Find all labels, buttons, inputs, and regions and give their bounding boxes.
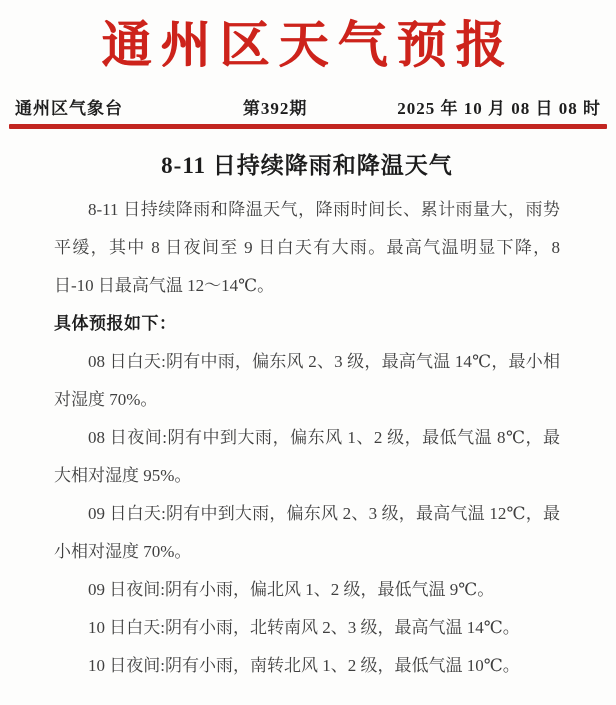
bulletin-title: 8-11 日持续降雨和降温天气 <box>54 151 560 181</box>
issue-number: 第392期 <box>213 94 308 119</box>
summary-paragraph: 8-11 日持续降雨和降温天气，降雨时间长、累计雨量大，雨势平缓，其中 8 日夜… <box>54 191 560 305</box>
detail-heading: 具体预报如下： <box>54 305 560 343</box>
red-divider-rule <box>9 124 607 129</box>
issuing-agency: 通州区气象台 <box>15 94 123 119</box>
forecast-09-night: 09 日夜间:阴有小雨，偏北风 1、2 级，最低气温 9℃。 <box>54 571 560 609</box>
forecast-09-day: 09 日白天:阴有中到大雨，偏东风 2、3 级，最高气温 12℃，最小相对湿度 … <box>54 495 560 571</box>
masthead-meta-row: 通州区气象台 第392期 2025 年 10 月 08 日 08 时 <box>0 94 616 119</box>
forecast-10-day: 10 日白天:阴有小雨，北转南风 2、3 级，最高气温 14℃。 <box>54 609 560 647</box>
bulletin-body: 8-11 日持续降雨和降温天气 8-11 日持续降雨和降温天气，降雨时间长、累计… <box>0 151 616 685</box>
forecast-08-day: 08 日白天:阴有中雨，偏东风 2、3 级，最高气温 14℃，最小相对湿度 70… <box>54 343 560 419</box>
issue-datetime: 2025 年 10 月 08 日 08 时 <box>397 94 601 119</box>
weather-bulletin-page: 通州区天气预报 通州区气象台 第392期 2025 年 10 月 08 日 08… <box>0 0 616 705</box>
masthead-title: 通州区天气预报 <box>0 0 616 74</box>
forecast-08-night: 08 日夜间:阴有中到大雨，偏东风 1、2 级，最低气温 8℃，最大相对湿度 9… <box>54 419 560 495</box>
forecast-10-night: 10 日夜间:阴有小雨，南转北风 1、2 级，最低气温 10℃。 <box>54 647 560 685</box>
